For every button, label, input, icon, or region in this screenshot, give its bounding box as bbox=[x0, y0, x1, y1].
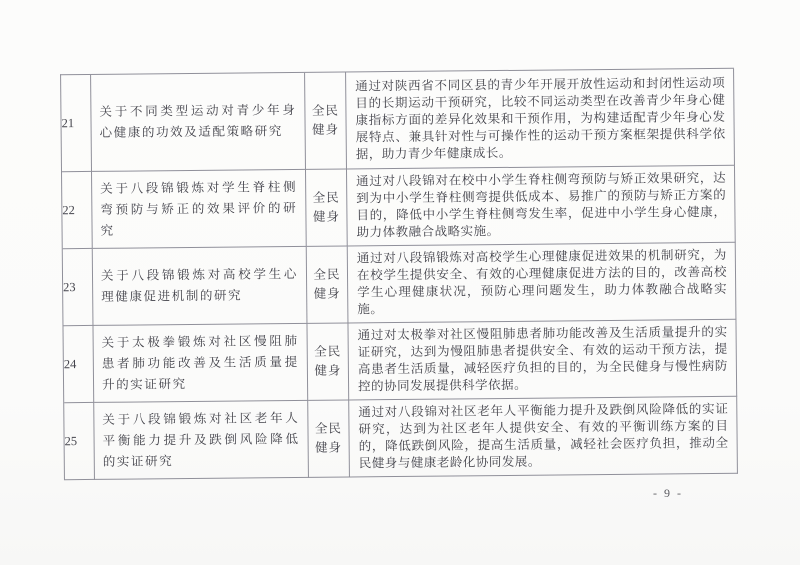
page-number: - 9 - bbox=[653, 486, 683, 501]
row-number: 25 bbox=[64, 403, 95, 480]
row-number-text: 23 bbox=[63, 279, 92, 294]
project-category-text: 全民健身 bbox=[312, 189, 340, 227]
project-title: 关于八段锦锻炼对高校学生心理健康促进机制的研究 bbox=[93, 247, 308, 326]
project-category: 全民健身 bbox=[306, 169, 348, 246]
project-category-text: 全民健身 bbox=[314, 343, 342, 381]
projects-table: 21 关于不同类型运动对青少年身心健康的功效及适配策略研究 全民健身 通过对陕西… bbox=[60, 68, 738, 480]
project-description: 通过对八段锦对社区老年人平衡能力提升及跌倒风险降低的实证研究，达到为社区老年人提… bbox=[349, 397, 738, 478]
row-number-text: 25 bbox=[65, 433, 94, 448]
project-category: 全民健身 bbox=[308, 400, 350, 477]
project-description-text: 通过对八段锦对社区老年人平衡能力提升及跌倒风险降低的实证研究，达到为社区老年人提… bbox=[358, 401, 729, 473]
project-description: 通过对八段锦锻炼对高校学生心理健康促进效果的机制研究，为在校学生提供安全、有效的… bbox=[348, 243, 737, 324]
project-category-text: 全民健身 bbox=[313, 266, 341, 304]
scanned-document-page: 21 关于不同类型运动对青少年身心健康的功效及适配策略研究 全民健身 通过对陕西… bbox=[0, 0, 800, 565]
project-title: 关于太极拳锻炼对社区慢阻肺患者肺功能改善及生活质量提升的实证研究 bbox=[93, 324, 308, 403]
projects-table-wrapper: 21 关于不同类型运动对青少年身心健康的功效及适配策略研究 全民健身 通过对陕西… bbox=[60, 68, 737, 480]
project-category-text: 全民健身 bbox=[311, 102, 339, 140]
project-category-text: 全民健身 bbox=[314, 420, 342, 458]
row-number: 21 bbox=[61, 75, 92, 172]
project-description: 通过对八段锦对在校中小学生脊柱侧弯预防与矫正效果研究，达到为中小学生脊柱侧弯提供… bbox=[347, 166, 736, 247]
project-description-text: 通过对八段锦对在校中小学生脊柱侧弯预防与矫正效果研究，达到为中小学生脊柱侧弯提供… bbox=[356, 170, 727, 242]
project-title-text: 关于八段锦锻炼对高校学生心理健康促进机制的研究 bbox=[101, 264, 298, 308]
project-description: 通过对陕西省不同区县的青少年开展开放性运动和封闭性运动项目的长期运动干预研究，比… bbox=[346, 69, 735, 170]
row-number-text: 22 bbox=[62, 202, 91, 217]
row-number: 22 bbox=[62, 172, 93, 249]
project-title: 关于不同类型运动对青少年身心健康的功效及适配策略研究 bbox=[91, 73, 306, 172]
project-category: 全民健身 bbox=[305, 72, 347, 169]
project-title: 关于八段锦锻炼对社区老年人平衡能力提升及跌倒风险降低的实证研究 bbox=[94, 401, 309, 480]
project-title: 关于八段锦锻炼对学生脊柱侧弯预防与矫正的效果评价的研究 bbox=[92, 170, 307, 249]
project-description-text: 通过对陕西省不同区县的青少年开展开放性运动和封闭性运动项目的长期运动干预研究，比… bbox=[355, 74, 726, 163]
row-number: 23 bbox=[63, 249, 94, 326]
project-category: 全民健身 bbox=[307, 246, 349, 323]
project-description-text: 通过对八段锦锻炼对高校学生心理健康促进效果的机制研究，为在校学生提供安全、有效的… bbox=[357, 247, 728, 319]
table-row: 21 关于不同类型运动对青少年身心健康的功效及适配策略研究 全民健身 通过对陕西… bbox=[61, 69, 735, 172]
project-title-text: 关于太极拳锻炼对社区慢阻肺患者肺功能改善及生活质量提升的实证研究 bbox=[102, 330, 300, 395]
project-title-text: 关于不同类型运动对青少年身心健康的功效及适配策略研究 bbox=[99, 100, 296, 144]
row-number: 24 bbox=[63, 326, 94, 403]
row-number-text: 24 bbox=[64, 356, 93, 371]
table-row: 23 关于八段锦锻炼对高校学生心理健康促进机制的研究 全民健身 通过对八段锦锻炼… bbox=[63, 243, 737, 326]
scan-edge-artifact bbox=[63, 64, 734, 65]
row-number-text: 21 bbox=[61, 115, 90, 130]
project-title-text: 关于八段锦锻炼对社区老年人平衡能力提升及跌倒风险降低的实证研究 bbox=[102, 407, 300, 472]
project-description: 通过对太极拳对社区慢阻肺患者肺功能改善及生活质量提升的实证研究，达到为慢阻肺患者… bbox=[348, 320, 737, 401]
project-title-text: 关于八段锦锻炼对学生脊柱侧弯预防与矫正的效果评价的研究 bbox=[100, 176, 298, 241]
table-row: 25 关于八段锦锻炼对社区老年人平衡能力提升及跌倒风险降低的实证研究 全民健身 … bbox=[64, 397, 738, 480]
project-category: 全民健身 bbox=[307, 323, 349, 400]
project-description-text: 通过对太极拳对社区慢阻肺患者肺功能改善及生活质量提升的实证研究，达到为慢阻肺患者… bbox=[358, 324, 729, 396]
table-row: 22 关于八段锦锻炼对学生脊柱侧弯预防与矫正的效果评价的研究 全民健身 通过对八… bbox=[62, 166, 736, 249]
table-row: 24 关于太极拳锻炼对社区慢阻肺患者肺功能改善及生活质量提升的实证研究 全民健身… bbox=[63, 320, 737, 403]
